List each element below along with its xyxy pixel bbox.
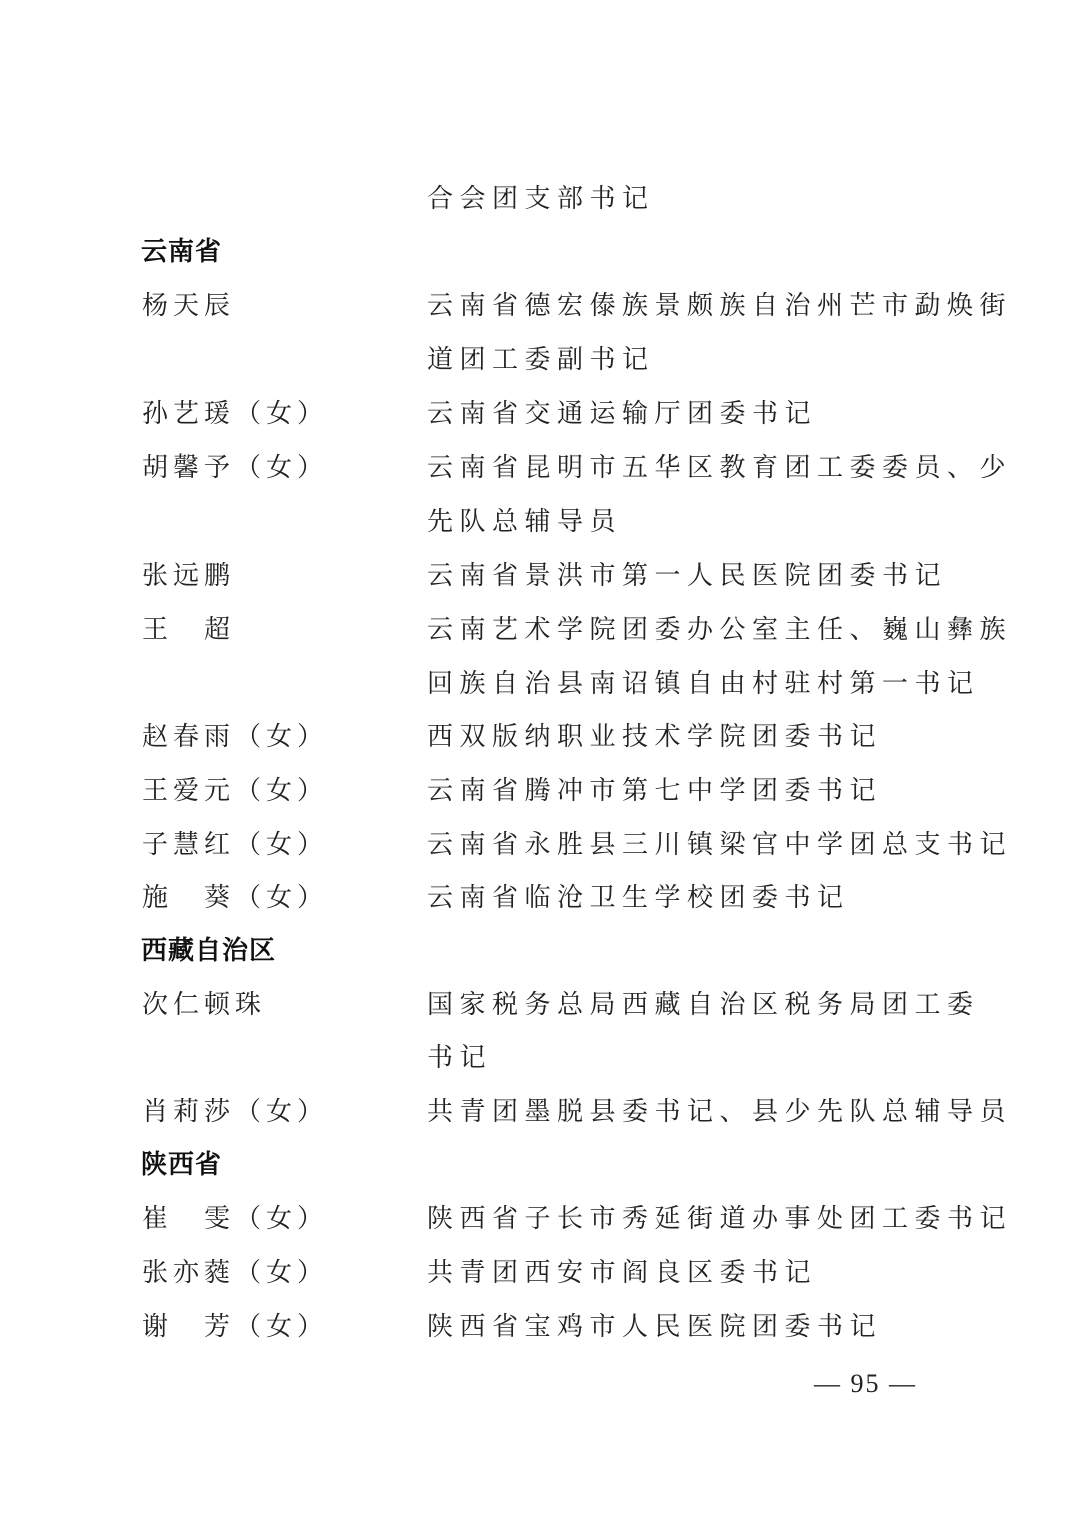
list-item-continuation: 回族自治县南诏镇自由村驻村第一书记	[0, 657, 1080, 711]
list-item: 次仁顿珠 国家税务总局西藏自治区税务局团工委	[0, 978, 1080, 1032]
section-heading-tibet: 西藏自治区	[0, 924, 1080, 978]
list-item: 张亦蕤（女） 共青团西安市阎良区委书记	[0, 1246, 1080, 1300]
person-name: 崔 雯（女）	[142, 1192, 328, 1246]
position-text: 共青团西安市阎良区委书记	[427, 1246, 817, 1300]
position-text: 云南艺术学院团委办公室主任、巍山彝族	[427, 603, 1012, 657]
position-text: 云南省临沧卫生学校团委书记	[427, 871, 850, 925]
position-text: 先队总辅导员	[427, 495, 622, 549]
person-name: 肖莉莎（女）	[142, 1085, 328, 1139]
list-item: 杨天辰 云南省德宏傣族景颇族自治州芒市勐焕街	[0, 279, 1080, 333]
list-item: 施 葵（女） 云南省临沧卫生学校团委书记	[0, 871, 1080, 925]
position-text: 道团工委副书记	[427, 333, 655, 387]
position-text: 陕西省宝鸡市人民医院团委书记	[427, 1300, 882, 1354]
position-text: 陕西省子长市秀延街道办事处团工委书记	[427, 1192, 1012, 1246]
list-item-continuation: 道团工委副书记	[0, 333, 1080, 387]
list-item: 子慧红（女） 云南省永胜县三川镇梁官中学团总支书记	[0, 818, 1080, 872]
list-item: 肖莉莎（女） 共青团墨脱县委书记、县少先队总辅导员	[0, 1085, 1080, 1139]
page-number: — 95 —	[814, 1366, 917, 1402]
position-text: 回族自治县南诏镇自由村驻村第一书记	[427, 657, 980, 711]
person-name: 杨天辰	[142, 279, 235, 333]
section-heading-shaanxi: 陕西省	[0, 1138, 1080, 1192]
section-heading-yunnan: 云南省	[0, 225, 1080, 279]
position-text: 国家税务总局西藏自治区税务局团工委	[427, 978, 980, 1032]
list-item: 谢 芳（女） 陕西省宝鸡市人民医院团委书记	[0, 1300, 1080, 1354]
list-item-continuation: 书记	[0, 1031, 1080, 1085]
person-name: 谢 芳（女）	[142, 1300, 328, 1354]
position-text: 书记	[427, 1031, 492, 1085]
list-item: 崔 雯（女） 陕西省子长市秀延街道办事处团工委书记	[0, 1192, 1080, 1246]
person-name: 施 葵（女）	[142, 871, 328, 925]
position-text: 云南省腾冲市第七中学团委书记	[427, 764, 882, 818]
position-text: 云南省昆明市五华区教育团工委委员、少	[427, 441, 1012, 495]
list-item: 胡馨予（女） 云南省昆明市五华区教育团工委委员、少	[0, 441, 1080, 495]
list-item: 王 超 云南艺术学院团委办公室主任、巍山彝族	[0, 603, 1080, 657]
position-text: 共青团墨脱县委书记、县少先队总辅导员	[427, 1085, 1012, 1139]
list-item: 赵春雨（女） 西双版纳职业技术学院团委书记	[0, 710, 1080, 764]
person-name: 张亦蕤（女）	[142, 1246, 328, 1300]
province-heading: 西藏自治区	[141, 924, 276, 978]
position-text: 西双版纳职业技术学院团委书记	[427, 710, 882, 764]
list-item: 张远鹏 云南省景洪市第一人民医院团委书记	[0, 549, 1080, 603]
province-heading: 陕西省	[141, 1138, 222, 1192]
person-name: 胡馨予（女）	[142, 441, 328, 495]
person-name: 次仁顿珠	[142, 978, 266, 1032]
list-item-continuation: 先队总辅导员	[0, 495, 1080, 549]
province-heading: 云南省	[141, 225, 222, 279]
person-name: 王 超	[142, 603, 235, 657]
person-name: 孙艺瑗（女）	[142, 387, 328, 441]
person-name: 王爱元（女）	[142, 764, 328, 818]
position-text: 云南省交通运输厅团委书记	[427, 387, 817, 441]
list-item: 王爱元（女） 云南省腾冲市第七中学团委书记	[0, 764, 1080, 818]
person-name: 赵春雨（女）	[142, 710, 328, 764]
list-item: 孙艺瑗（女） 云南省交通运输厅团委书记	[0, 387, 1080, 441]
position-text: 云南省景洪市第一人民医院团委书记	[427, 549, 947, 603]
position-text: 云南省永胜县三川镇梁官中学团总支书记	[427, 818, 1012, 872]
person-name: 子慧红（女）	[142, 818, 328, 872]
document-page: 合会团支部书记 云南省 杨天辰 云南省德宏傣族景颇族自治州芒市勐焕街 道团工委副…	[0, 0, 1080, 1526]
continuation-line: 合会团支部书记	[0, 172, 1080, 226]
person-name: 张远鹏	[142, 549, 235, 603]
position-text: 合会团支部书记	[427, 172, 655, 226]
position-text: 云南省德宏傣族景颇族自治州芒市勐焕街	[427, 279, 1012, 333]
